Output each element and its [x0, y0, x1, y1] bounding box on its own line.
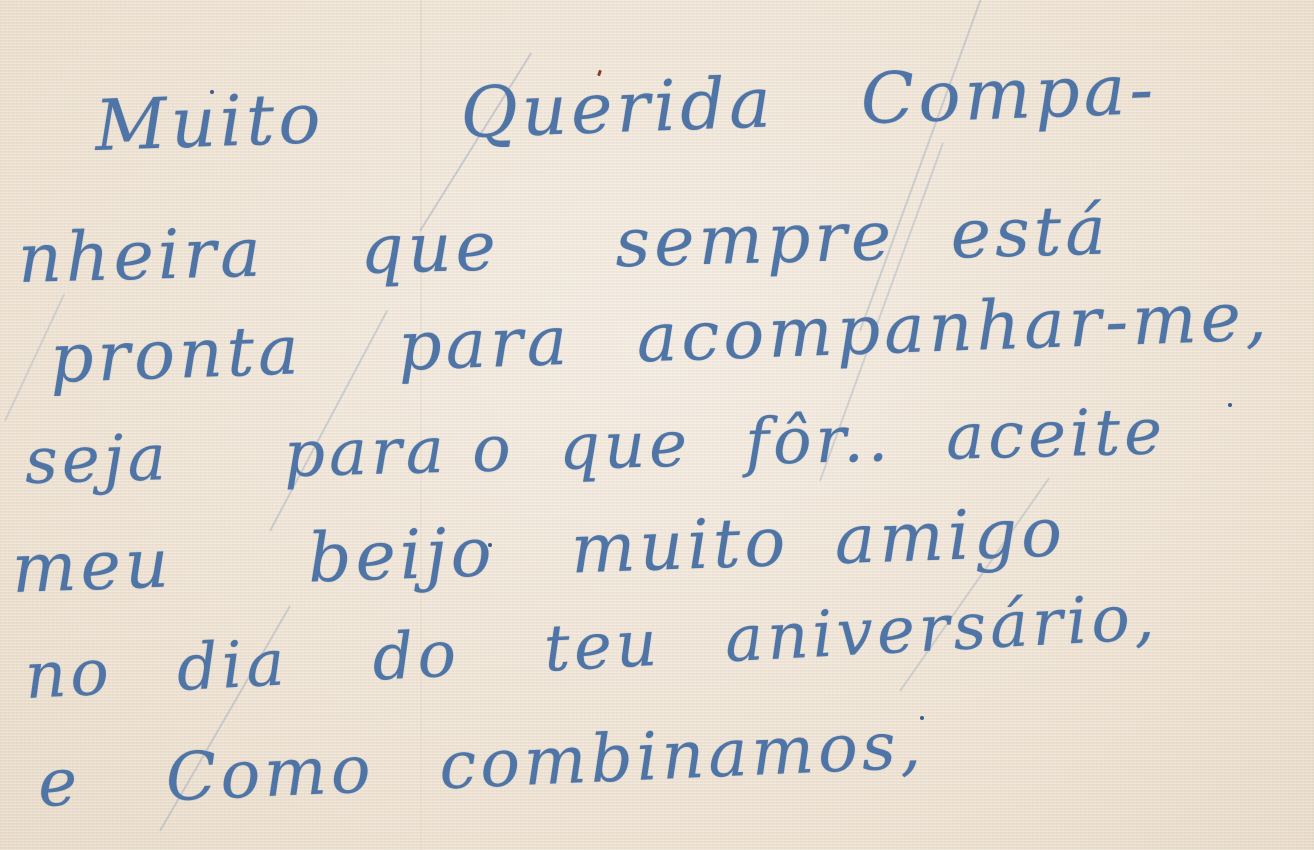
- word: pronta: [49, 311, 304, 399]
- word: para o: [283, 412, 516, 492]
- word: para: [397, 302, 573, 387]
- word: do: [371, 617, 462, 695]
- word: no: [23, 635, 115, 713]
- letter-line-4: seja para o que fôr.. aceite: [24, 394, 1201, 499]
- ink-dot: [210, 90, 214, 94]
- word: amigo: [833, 493, 1067, 580]
- word: seja: [24, 421, 171, 499]
- ink-dot: [1228, 403, 1232, 407]
- letter-line-1: Muito Querida Compa-: [94, 47, 1193, 167]
- word: sempre: [614, 197, 896, 283]
- word: meu: [11, 524, 174, 609]
- pen-stroke: [859, 0, 984, 331]
- word: muito: [570, 503, 791, 590]
- letter-line-3: pronta para acompanhar-me,: [49, 276, 1306, 399]
- word: Como: [164, 730, 376, 816]
- word: que: [359, 207, 501, 290]
- ink-dot: [488, 543, 492, 547]
- word: está: [950, 191, 1111, 274]
- word: nheira: [17, 214, 266, 299]
- word: teu: [542, 607, 663, 687]
- word: Querida: [459, 61, 776, 154]
- word: dia: [175, 626, 290, 706]
- word: e: [36, 743, 82, 822]
- word: que: [558, 408, 692, 485]
- word: beijo: [307, 513, 497, 598]
- word: Compa-: [859, 48, 1158, 140]
- letter-paper: Muito Querida Compa- nheira que sempre e…: [0, 0, 1314, 850]
- word: acompanhar-me,: [635, 277, 1271, 378]
- word: combinamos,: [438, 706, 927, 804]
- word: aceite: [945, 395, 1167, 475]
- word: fôr..: [744, 402, 892, 480]
- letter-line-2: nheira que sempre está: [17, 191, 1145, 299]
- ink-dot: [920, 716, 924, 720]
